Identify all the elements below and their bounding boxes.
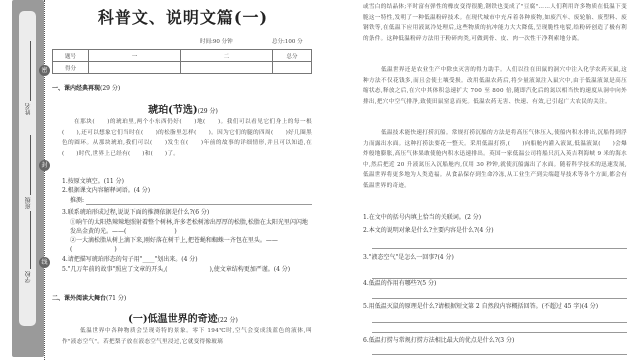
score-header-cell: 题号 bbox=[53, 50, 89, 62]
answer-line[interactable] bbox=[372, 248, 627, 249]
question-1-2-term: 推测: bbox=[70, 196, 84, 205]
answer-line[interactable] bbox=[372, 354, 627, 355]
school-label: 学校 bbox=[24, 271, 33, 283]
school-line bbox=[30, 211, 31, 269]
section-1-heading: 一、课内经典再现(29 分) bbox=[52, 83, 120, 92]
answer-line[interactable] bbox=[372, 332, 627, 333]
question-2-5: 5.用低温灭鼠的原理是什么?请根据短文第 2 自然段内容概括回答。(不超过 45… bbox=[363, 302, 627, 311]
question-1-5: 5."几万年前的故事"照应了文章的开头,( ),使文章结构更加严谨。(4 分) bbox=[62, 265, 312, 274]
name-label: 姓名 bbox=[24, 103, 33, 115]
name-field[interactable]: 姓名 bbox=[19, 41, 36, 121]
class-line bbox=[30, 135, 31, 195]
student-info-panel: 姓名 班级 学校 bbox=[19, 11, 36, 326]
score-input-cell[interactable] bbox=[89, 62, 181, 74]
score-row-label: 得分 bbox=[53, 62, 89, 74]
time-limit: 时间:90 分钟 bbox=[200, 37, 233, 45]
seal-xian-icon: 线 bbox=[39, 257, 50, 268]
class-label: 班级 bbox=[24, 197, 33, 209]
passage-2-title: (一)低温世界的奇迹(22 分) bbox=[52, 310, 314, 325]
question-2-1: 1.在文中的括号内填上恰当的关联词。(2 分) bbox=[363, 213, 481, 222]
seal-dotted-line bbox=[44, 0, 45, 360]
question-1-3-a: ①晌午的太阳热辣辣地照射着整个树林,许多老松树渗出厚厚的松脂,松脂在太阳光里闪闪… bbox=[70, 218, 312, 236]
question-1-3-b: ②一大滴松脂从树上滴下来,刚好落在树干上,把苍蝇和蜘蛛一齐包在里头。——( ) bbox=[70, 236, 312, 254]
name-line bbox=[30, 41, 31, 101]
question-2-2: 2.本文的说明对象是什么?主要内容是什么?(4 分) bbox=[363, 226, 494, 235]
class-field[interactable]: 班级 bbox=[19, 135, 36, 215]
score-input-cell[interactable] bbox=[181, 62, 273, 74]
school-field[interactable]: 学校 bbox=[19, 211, 36, 291]
total-score: 总分:100 分 bbox=[272, 37, 303, 45]
question-1-3: 3.联系琥珀形成过程,说说下面的推测依据是什么?(6 分) bbox=[62, 208, 209, 217]
passage-1-title: 琥珀(节选)(29 分) bbox=[52, 101, 314, 116]
score-header-cell: 一 bbox=[89, 50, 181, 62]
score-header-cell: 二 bbox=[181, 50, 273, 62]
question-2-4: 4.低温的作用有哪些?(5 分) bbox=[363, 279, 436, 288]
question-2-6: 6.低温打捞与常规打捞方法相比最大的优点是什么?(3 分) bbox=[363, 336, 514, 345]
question-1-4: 4.请把描写琥珀形态的句子用"____"划出来。(4 分) bbox=[62, 255, 198, 264]
passage-2-para-1: 或雪白的结晶体;平时富有弹性的橡皮变得很脆,钢铁也变成了"豆腐"……人们利用许多… bbox=[363, 2, 627, 44]
question-1-1: 1.按原文填空。(11 分) bbox=[62, 177, 124, 186]
passage-1-text: 在那块( )的琥珀里,两个小东西仍好( )地( )。我们可以看见它们身上的每一根… bbox=[62, 117, 312, 159]
passage-2-text-start: 低温世界中各种物质会呈现奇特的景象。零下 194℃时,空气会变成浅蓝色的液体,叫… bbox=[62, 326, 312, 347]
passage-2-para-3: 低温技术能快速打捞沉船。常规打捞沉船的方法是将高压气体压入,使船内积水排出,沉船… bbox=[363, 128, 627, 192]
section-2-heading: 二、课外阅读大舞台(71 分) bbox=[52, 293, 126, 302]
seal-mi-icon: 密 bbox=[39, 65, 50, 76]
answer-line[interactable] bbox=[372, 322, 627, 323]
answer-line[interactable] bbox=[86, 204, 312, 205]
passage-2-para-2: 低温世界还是农业生产中除虫灭害的得力助手。人们以往在田鼠的洞穴中注入化学农药灭鼠… bbox=[363, 65, 627, 107]
score-input-cell[interactable] bbox=[273, 62, 312, 74]
page-title: 科普文、说明文篇(一) bbox=[52, 5, 314, 28]
seal-feng-icon: 封 bbox=[39, 160, 50, 171]
question-1-2: 2.根据课文内容解释词语。(4 分) bbox=[62, 186, 150, 195]
question-2-3: 3."液态空气"是怎么一回事?(4 分) bbox=[363, 253, 454, 262]
score-table: 题号 一 二 总分 得分 bbox=[52, 49, 312, 74]
answer-line[interactable] bbox=[372, 298, 627, 299]
binding-margin: 姓名 班级 学校 bbox=[12, 0, 44, 357]
score-header-cell: 总分 bbox=[273, 50, 312, 62]
